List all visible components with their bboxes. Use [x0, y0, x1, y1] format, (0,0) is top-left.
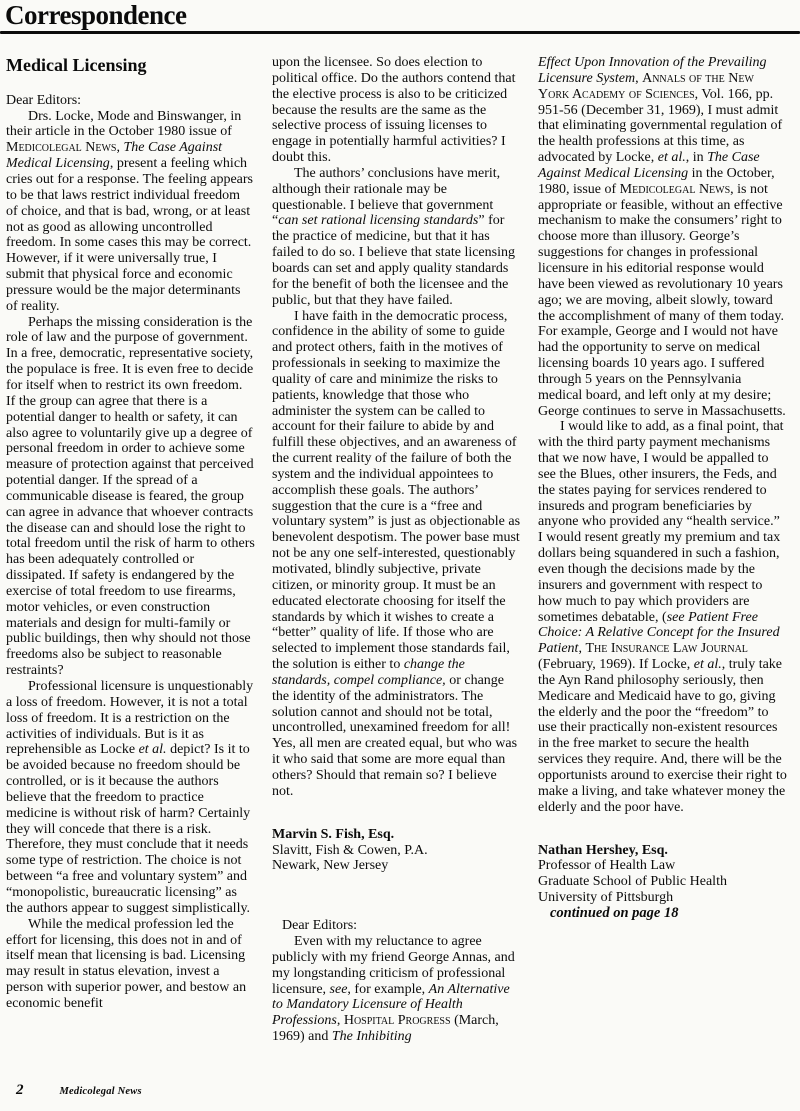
text-segment: can set rational licensing standards [278, 213, 478, 228]
masthead: Correspondence [0, 0, 800, 29]
text-segment: et al. [694, 657, 722, 672]
signature-line: Newark, New Jersey [272, 858, 521, 874]
signature-block: Nathan Hershey, Esq.Professor of Health … [538, 843, 787, 906]
text-segment: I would like to add, as a final point, t… [538, 419, 784, 624]
text-segment: (February, 1969). If Locke, [538, 657, 694, 672]
paragraph: The authors’ conclusions have merit, alt… [272, 166, 521, 309]
text-segment: upon the licensee. So does election to p… [272, 55, 516, 165]
salutation: Dear Editors: [6, 93, 255, 109]
text-segment: see [330, 982, 348, 997]
journal-page: Correspondence Medical LicensingDear Edi… [0, 0, 800, 1111]
paragraph: Professional licensure is unquestionably… [6, 679, 255, 917]
text-segment: The Insurance Law Journal [585, 641, 747, 656]
title-rule [0, 31, 800, 34]
text-segment: Medicolegal News [6, 140, 117, 155]
page-title: Correspondence [5, 2, 800, 29]
text-segment: Drs. Locke, Mode and Binswanger, in thei… [6, 109, 241, 140]
page-footer: 2 Medicolegal News [16, 1082, 142, 1099]
text-segment: , is not appropriate or feasible, withou… [538, 182, 786, 419]
text-segment: , [117, 140, 124, 155]
salutation: Dear Editors: [272, 918, 521, 934]
column-1: Medical LicensingDear Editors:Drs. Locke… [6, 55, 255, 1077]
text-segment: , [337, 1013, 344, 1028]
paragraph: I have faith in the democratic process, … [272, 309, 521, 800]
paragraph: Drs. Locke, Mode and Binswanger, in thei… [6, 109, 255, 315]
text-segment: , in [686, 150, 707, 165]
paragraph: upon the licensee. So does election to p… [272, 55, 521, 166]
section-heading: Medical Licensing [6, 56, 255, 76]
text-segment: , for example, [347, 982, 428, 997]
signature-line: Slavitt, Fish & Cowen, P.A. [272, 843, 521, 859]
text-segment: Hospital Progress [344, 1013, 451, 1028]
signature-line: Graduate School of Public Health [538, 874, 787, 890]
column-2: upon the licensee. So does election to p… [272, 55, 521, 1077]
signature-name: Nathan Hershey, Esq. [538, 843, 787, 859]
page-number: 2 [16, 1082, 24, 1099]
paragraph: Effect Upon Innovation of the Prevailing… [538, 55, 787, 419]
publication-name: Medicolegal News [60, 1086, 142, 1097]
text-segment: Medicolegal News [620, 182, 731, 197]
text-segment: , truly take the Ayn Rand philosophy ser… [538, 657, 787, 815]
continued-note: continued on page 18 [538, 906, 787, 922]
text-segment: , present a feeling which cries out for … [6, 156, 253, 314]
paragraph: I would like to add, as a final point, t… [538, 419, 787, 815]
text-segment: et al. [139, 742, 167, 757]
text-segment: The Inhibiting [332, 1029, 412, 1044]
paragraph: Perhaps the missing consideration is the… [6, 315, 255, 679]
column-container: Medical LicensingDear Editors:Drs. Locke… [6, 55, 791, 1077]
text-segment: Perhaps the missing consideration is the… [6, 315, 255, 679]
text-segment: While the medical profession led the eff… [6, 917, 246, 1011]
paragraph: While the medical profession led the eff… [6, 917, 255, 1012]
text-segment: or change the identity of the administra… [272, 673, 517, 799]
text-segment: et al. [658, 150, 686, 165]
signature-name: Marvin S. Fish, Esq. [272, 827, 521, 843]
paragraph: Even with my reluctance to agree publicl… [272, 934, 521, 1045]
signature-line: University of Pittsburgh [538, 890, 787, 906]
column-3: Effect Upon Innovation of the Prevailing… [538, 55, 787, 1077]
text-segment: depict? Is it to be avoided because no f… [6, 742, 250, 915]
signature-line: Professor of Health Law [538, 858, 787, 874]
text-segment: I have faith in the democratic process, … [272, 309, 520, 673]
signature-block: Marvin S. Fish, Esq.Slavitt, Fish & Cowe… [272, 827, 521, 875]
